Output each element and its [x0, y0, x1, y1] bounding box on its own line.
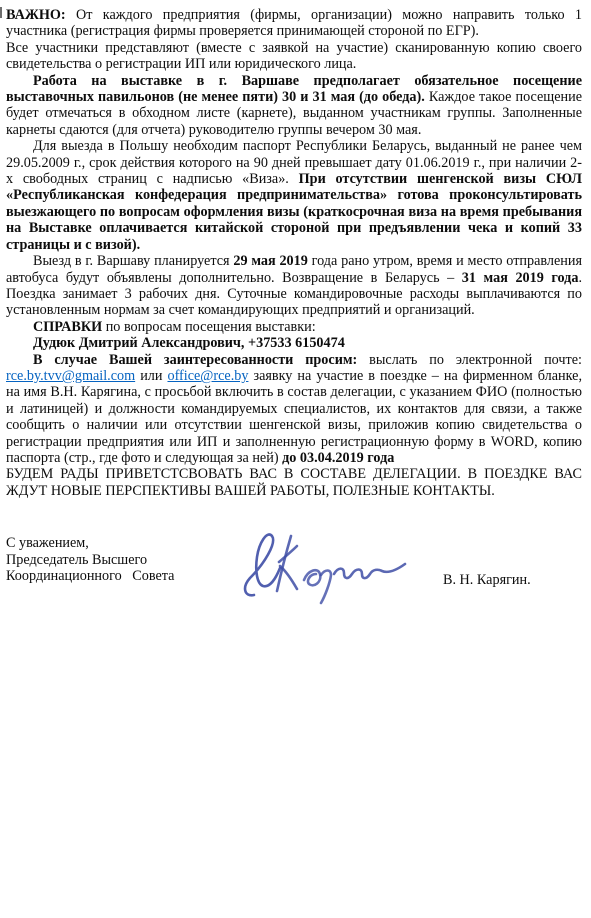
text-run: 29 мая 2019: [233, 253, 308, 269]
closing-line-title-2: Координационного Совета: [6, 568, 174, 584]
text-run: Дудюк Дмитрий Александрович, +37533 6150…: [33, 335, 345, 351]
text-run: 31 мая 2019 года: [462, 270, 579, 286]
email-link[interactable]: rce.by.tvv@gmail.com: [6, 368, 135, 384]
text-run: Все участники представляют (вместе с зая…: [6, 40, 582, 72]
text-run: ВАЖНО:: [6, 7, 76, 23]
paragraph-important: ВАЖНО: От каждого предприятия (фирмы, ор…: [6, 7, 582, 40]
paragraph-participants: Все участники представляют (вместе с зая…: [6, 40, 582, 73]
paragraph-passport-visa: Для выезда в Польшу необходим паспорт Ре…: [6, 138, 582, 253]
paragraph-departure: Выезд в г. Варшаву планируется 29 мая 20…: [6, 253, 582, 319]
signatory-name: В. Н. Карягин.: [443, 572, 531, 588]
text-run: От каждого предприятия (фирмы, организац…: [6, 7, 582, 39]
text-run: по вопросам посещения выставки:: [102, 319, 316, 335]
signature-image: [234, 523, 409, 611]
text-run: В случае Вашей заинтересованности просим…: [33, 352, 357, 368]
closing-salutation: С уважением, Председатель Высшего Коорди…: [6, 535, 174, 584]
closing-block: С уважением, Председатель Высшего Коорди…: [6, 535, 582, 630]
paragraph-exhibition-work: Работа на выставке в г. Варшаве предпола…: [6, 73, 582, 139]
closing-line-title-1: Председатель Высшего: [6, 552, 174, 568]
text-run: до 03.04.2019 года: [282, 450, 394, 466]
paragraph-contacts-header: СПРАВКИ по вопросам посещения выставки:: [6, 319, 582, 335]
closing-line-regards: С уважением,: [6, 535, 174, 551]
paragraph-application: В случае Вашей заинтересованности просим…: [6, 352, 582, 467]
email-link[interactable]: office@rce.by: [167, 368, 248, 384]
paragraph-welcome: БУДЕМ РАДЫ ПРИВЕТСТСВОВАТЬ ВАС В СОСТАВЕ…: [6, 466, 582, 499]
document-page: ВАЖНО: От каждого предприятия (фирмы, ор…: [0, 0, 591, 630]
text-run: Выезд в г. Варшаву планируется: [33, 253, 233, 269]
text-run: выслать по электронной почте:: [357, 352, 582, 368]
text-run: СПРАВКИ: [33, 319, 102, 335]
text-run: или: [135, 368, 167, 384]
text-run: БУДЕМ РАДЫ ПРИВЕТСТСВОВАТЬ ВАС В СОСТАВЕ…: [6, 466, 582, 498]
scan-artifact: [0, 7, 2, 18]
paragraph-contact-person: Дудюк Дмитрий Александрович, +37533 6150…: [6, 335, 582, 351]
